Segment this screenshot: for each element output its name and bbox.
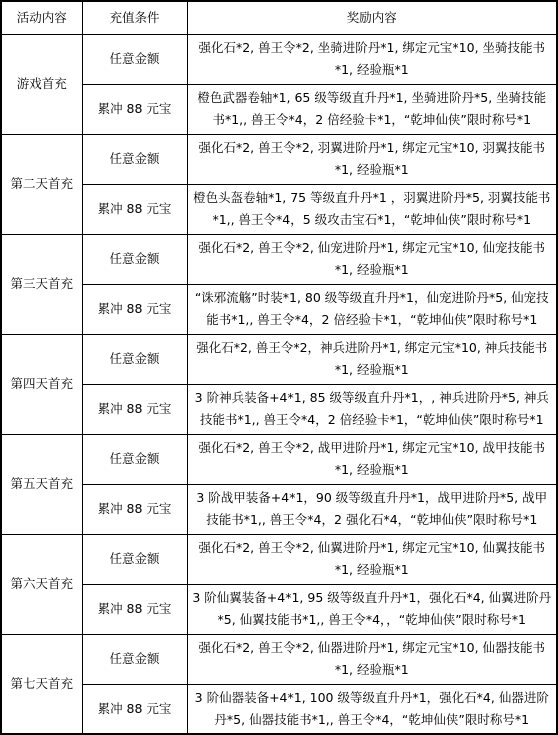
table-row: 第三天首充 任意金额 强化石*2, 兽王令*2, 仙宠进阶丹*1, 绑定元宝*1… [1,234,557,284]
reward-cell: 强化石*2, 兽王令*2，神兵进阶丹*1, 绑定元宝*10, 神兵技能书*1, … [187,334,557,384]
activity-cell: 游戏首充 [1,34,82,134]
table-row: 累冲 88 元宝 3 阶战甲装备+4*1，90 级等级直升丹*1，战甲进阶丹*5… [1,484,557,534]
activity-cell: 第七天首充 [1,634,82,734]
condition-cell: 累冲 88 元宝 [82,384,187,434]
header-reward: 奖励内容 [187,1,557,34]
condition-cell: 任意金额 [82,134,187,184]
reward-cell: 3 阶战甲装备+4*1，90 级等级直升丹*1，战甲进阶丹*5, 战甲技能书*1… [187,484,557,534]
reward-cell: “诛邪流觞”时装*1, 80 级等级直升丹*1，仙宠进阶丹*5, 仙宠技能书*1… [187,284,557,334]
reward-cell: 强化石*2, 兽王令*2, 仙宠进阶丹*1, 绑定元宝*10, 仙宠技能书*1,… [187,234,557,284]
table-row: 第六天首充 任意金额 强化石*2, 兽王令*2, 仙翼进阶丹*1, 绑定元宝*1… [1,534,557,584]
activity-cell: 第四天首充 [1,334,82,434]
table-row: 第七天首充 任意金额 强化石*2, 兽王令*2, 仙器进阶丹*1, 绑定元宝*1… [1,634,557,684]
activity-cell: 第六天首充 [1,534,82,634]
reward-cell: 橙色武器卷轴*1, 65 级等级直升丹*1, 坐骑进阶丹*5, 坐骑技能书*1,… [187,84,557,134]
reward-cell: 强化石*2, 兽王令*2, 羽翼进阶丹*1, 绑定元宝*10, 羽翼技能书*1,… [187,134,557,184]
condition-cell: 任意金额 [82,434,187,484]
condition-cell: 累冲 88 元宝 [82,284,187,334]
table-row: 累冲 88 元宝 3 阶仙器装备+4*1, 100 级等级直升丹*1，强化石*4… [1,684,557,734]
table-row: 第二天首充 任意金额 强化石*2, 兽王令*2, 羽翼进阶丹*1, 绑定元宝*1… [1,134,557,184]
table-row: 累冲 88 元宝 3 阶仙翼装备+4*1, 95 级等级直升丹*1，强化石*4,… [1,584,557,634]
rewards-table: 活动内容 充值条件 奖励内容 游戏首充 任意金额 强化石*2, 兽王令*2, 坐… [0,0,558,735]
recharge-rewards-page: 活动内容 充值条件 奖励内容 游戏首充 任意金额 强化石*2, 兽王令*2, 坐… [0,0,558,732]
reward-cell: 强化石*2, 兽王令*2, 坐骑进阶丹*1, 绑定元宝*10, 坐骑技能书*1,… [187,34,557,84]
reward-cell: 3 阶神兵装备+4*1, 85 级等级直升丹*1，, 神兵进阶丹*5, 神兵技能… [187,384,557,434]
condition-cell: 任意金额 [82,34,187,84]
activity-cell: 第三天首充 [1,234,82,334]
reward-cell: 橙色头盔卷轴*1, 75 等级直升丹*1 ，羽翼进阶丹*5, 羽翼技能书*1,,… [187,184,557,234]
condition-cell: 累冲 88 元宝 [82,484,187,534]
condition-cell: 累冲 88 元宝 [82,184,187,234]
reward-cell: 强化石*2, 兽王令*2, 仙器进阶丹*1, 绑定元宝*10, 仙器技能书*1,… [187,634,557,684]
reward-cell: 强化石*2, 兽王令*2, 仙翼进阶丹*1, 绑定元宝*10, 仙翼技能书*1,… [187,534,557,584]
condition-cell: 任意金额 [82,334,187,384]
condition-cell: 累冲 88 元宝 [82,684,187,734]
activity-cell: 第五天首充 [1,434,82,534]
condition-cell: 任意金额 [82,634,187,684]
condition-cell: 累冲 88 元宝 [82,84,187,134]
header-activity: 活动内容 [1,1,82,34]
table-row: 游戏首充 任意金额 强化石*2, 兽王令*2, 坐骑进阶丹*1, 绑定元宝*10… [1,34,557,84]
condition-cell: 任意金额 [82,234,187,284]
table-row: 累冲 88 元宝 橙色武器卷轴*1, 65 级等级直升丹*1, 坐骑进阶丹*5,… [1,84,557,134]
condition-cell: 累冲 88 元宝 [82,584,187,634]
table-header-row: 活动内容 充值条件 奖励内容 [1,1,557,34]
reward-cell: 3 阶仙器装备+4*1, 100 级等级直升丹*1，强化石*4, 仙器进阶丹*5… [187,684,557,734]
condition-cell: 任意金额 [82,534,187,584]
header-condition: 充值条件 [82,1,187,34]
reward-cell: 3 阶仙翼装备+4*1, 95 级等级直升丹*1，强化石*4, 仙翼进阶丹*5,… [187,584,557,634]
table-row: 累冲 88 元宝 “诛邪流觞”时装*1, 80 级等级直升丹*1，仙宠进阶丹*5… [1,284,557,334]
table-row: 第五天首充 任意金额 强化石*2, 兽王令*2, 战甲进阶丹*1, 绑定元宝*1… [1,434,557,484]
table-row: 累冲 88 元宝 橙色头盔卷轴*1, 75 等级直升丹*1 ，羽翼进阶丹*5, … [1,184,557,234]
reward-cell: 强化石*2, 兽王令*2, 战甲进阶丹*1, 绑定元宝*10, 战甲技能书*1,… [187,434,557,484]
table-row: 累冲 88 元宝 3 阶神兵装备+4*1, 85 级等级直升丹*1，, 神兵进阶… [1,384,557,434]
activity-cell: 第二天首充 [1,134,82,234]
table-row: 第四天首充 任意金额 强化石*2, 兽王令*2，神兵进阶丹*1, 绑定元宝*10… [1,334,557,384]
